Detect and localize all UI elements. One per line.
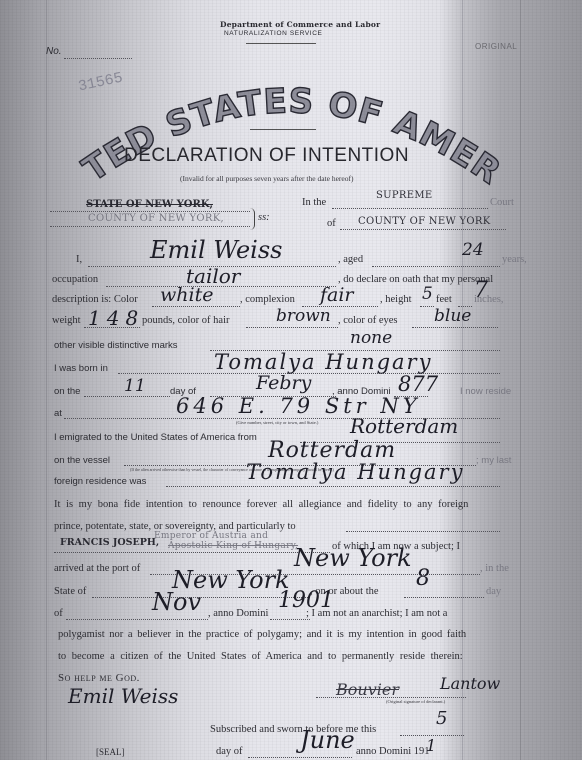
anno-label-2: , anno Domini	[208, 608, 268, 619]
height-label: , height	[380, 294, 412, 305]
struck-signature: Bouvier	[336, 680, 399, 699]
scanned-document: Department of Commerce and Labor NATURAL…	[0, 0, 582, 760]
service-heading: NATURALIZATION SERVICE	[224, 30, 322, 37]
foreign-residence-label: foreign residence was	[54, 476, 146, 487]
description-label: description is: Color	[52, 294, 138, 305]
height-feet: 5	[422, 284, 433, 304]
arrival-month-field	[66, 619, 208, 620]
birth-day-field	[84, 396, 170, 397]
foreign-residence-value: Tomalya Hungary	[246, 460, 464, 484]
declarant-name: Emil Weiss	[150, 236, 282, 264]
bracket	[250, 208, 255, 230]
in-the-label: In the	[302, 197, 326, 208]
court-label: Court	[490, 197, 514, 208]
in-the-label: , in the	[480, 563, 509, 574]
number-label: No.	[46, 46, 62, 57]
renounce-line-1: It is my bona fide intention to renounce…	[54, 499, 468, 510]
sovereign-field	[346, 531, 500, 532]
weight-value: 148	[88, 306, 144, 330]
declare-text: , do declare on oath that my personal	[338, 274, 493, 285]
court-county-field	[340, 229, 506, 230]
court-field	[332, 208, 488, 209]
complexion-value: fair	[320, 284, 354, 306]
arrival-year-field	[270, 619, 310, 620]
sworn-month: June	[300, 726, 355, 754]
rule	[50, 226, 250, 227]
last-label: ; my last	[476, 455, 511, 466]
birth-month: Febry	[256, 372, 311, 394]
emigrated-from: Rotterdam	[350, 414, 458, 438]
declarant-signature: Emil Weiss	[68, 684, 178, 708]
years-label: years,	[502, 254, 527, 265]
ss-label: ss:	[258, 212, 270, 223]
seal-label: [SEAL]	[96, 747, 125, 757]
sworn-day: 5	[436, 708, 447, 729]
state-stamp: STATE OF NEW YORK,	[86, 199, 213, 210]
height-feet-field	[420, 306, 434, 307]
birth-year: 877	[398, 372, 438, 396]
number-field	[64, 58, 132, 59]
hair-value: brown	[276, 306, 331, 326]
oath-close: So help me God.	[58, 672, 140, 684]
arrival-day-field	[404, 597, 484, 598]
marks-value: none	[350, 328, 392, 348]
court-name: SUPREME	[376, 190, 432, 201]
birthplace-value: Tomalya Hungary	[214, 350, 432, 374]
address-note: (Give number, street, city or town, and …	[236, 420, 318, 425]
sovereign-line	[54, 552, 330, 553]
clerk-signature: Lantow	[440, 674, 500, 693]
of-label: of	[54, 608, 63, 619]
foreign-residence-field	[166, 486, 500, 487]
weight-label: weight	[52, 315, 81, 326]
of-label: of	[327, 218, 336, 229]
polygamy-line: polygamist nor a believer in the practic…	[58, 629, 466, 640]
eyes-value: blue	[434, 306, 471, 326]
arrival-day: 8	[416, 566, 430, 591]
emigrated-label: I emigrated to the United States of Amer…	[54, 432, 257, 443]
county-stamp: COUNTY OF NEW YORK,	[88, 213, 224, 224]
state-of-label: State of	[54, 586, 86, 597]
anarchist-text: ; I am not an anarchist; I am not a	[306, 608, 447, 619]
port-value: New York	[294, 544, 412, 572]
day-of-label-2: day of	[216, 746, 243, 757]
complexion-label: , complexion	[240, 294, 295, 305]
occupation-label: occupation	[52, 274, 98, 285]
arrival-month: Nov	[152, 588, 201, 616]
hair-field	[246, 327, 338, 328]
age-field	[372, 266, 500, 267]
hair-label: pounds, color of hair	[142, 315, 229, 326]
age-value: 24	[462, 240, 484, 260]
sworn-month-field	[248, 757, 352, 758]
citizen-line: to become a citizen of the United States…	[58, 651, 463, 662]
inches-label: inches,	[474, 294, 503, 305]
color-value: white	[160, 284, 213, 306]
born-label: I was born in	[54, 363, 108, 374]
sworn-year-digit: 1	[426, 736, 436, 755]
eyes-label: , color of eyes	[338, 315, 397, 326]
feet-label: feet	[436, 294, 452, 305]
court-county: COUNTY OF NEW YORK	[358, 216, 491, 227]
color-field	[152, 306, 240, 307]
rule	[50, 211, 250, 212]
marks-label: other visible distinctive marks	[54, 340, 178, 351]
anno-label-3: anno Domini 191	[356, 746, 430, 757]
aged-label: , aged	[338, 254, 363, 265]
on-the-label: on the	[54, 386, 80, 397]
copy-label: ORIGINAL	[475, 42, 517, 51]
validity-note: (Invalid for all purposes seven years af…	[180, 174, 353, 183]
form-title: DECLARATION OF INTENTION	[124, 145, 409, 167]
reside-label: I now reside	[460, 386, 511, 397]
arrived-label: arrived at the port of	[54, 563, 140, 574]
scan-edge-line	[520, 0, 521, 760]
vessel-label: on the vessel	[54, 455, 110, 466]
signature-note: (Original signature of declarant.)	[386, 699, 445, 704]
svg-text:UNITED STATES OF AMERICA: UNITED STATES OF AMERICA	[70, 60, 508, 193]
scan-edge-line	[46, 0, 47, 760]
sovereign-title-2: Apostolic King of Hungary,	[168, 541, 298, 551]
department-heading: Department of Commerce and Labor	[220, 20, 380, 29]
day-label: day	[486, 586, 501, 597]
divider	[246, 43, 316, 44]
eyes-field	[412, 327, 498, 328]
birth-day: 11	[124, 376, 146, 396]
sovereign-name: FRANCIS JOSEPH,	[60, 537, 159, 548]
divider	[250, 129, 316, 130]
i-label: I,	[76, 254, 82, 265]
sovereign-title-1: Emperor of Austria and	[154, 531, 268, 541]
at-label: at	[54, 408, 62, 419]
